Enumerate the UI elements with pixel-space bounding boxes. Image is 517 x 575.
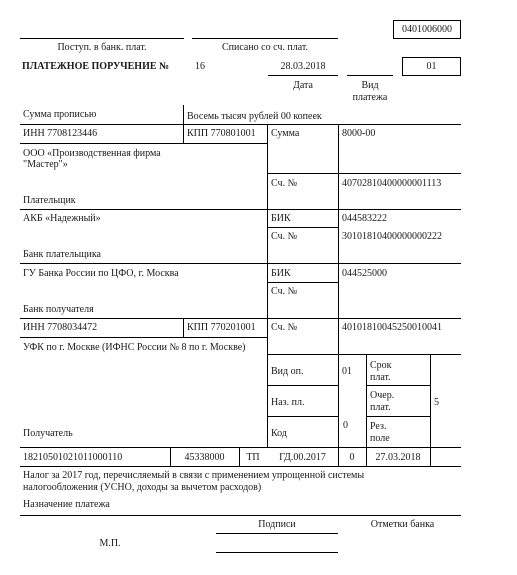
recipient-bank-label: Банк получателя bbox=[23, 304, 94, 316]
recipient-bank-bik-label: БИК bbox=[271, 268, 291, 280]
priority-label-2: плат. bbox=[370, 402, 391, 414]
debited-label: Списано со сч. плат. bbox=[192, 42, 338, 54]
divider bbox=[267, 173, 461, 174]
amount-words-label: Сумма прописью bbox=[23, 109, 96, 121]
document-number: 16 bbox=[195, 61, 205, 73]
divider bbox=[20, 466, 461, 467]
divider bbox=[20, 124, 461, 125]
status-code: 01 bbox=[427, 61, 437, 72]
received-line bbox=[20, 38, 184, 39]
code-value[interactable]: 0 bbox=[343, 420, 348, 432]
payment-type-label-2: платежа bbox=[347, 92, 393, 104]
payer-sum-value[interactable]: 8000-00 bbox=[342, 128, 375, 140]
purpose-label: Назначение платежа bbox=[23, 499, 110, 511]
document-title: ПЛАТЕЖНОЕ ПОРУЧЕНИЕ № bbox=[22, 61, 169, 73]
payer-account-value[interactable]: 40702810400000001113 bbox=[342, 178, 441, 190]
payer-account-label: Сч. № bbox=[271, 178, 297, 190]
payment-type-line bbox=[347, 75, 393, 76]
reserve-label: Рез. bbox=[370, 421, 386, 433]
purpose-text[interactable]: Налог за 2017 год, перечисляемый в связи… bbox=[23, 470, 364, 482]
recipient-name[interactable]: УФК по г. Москве (ИФНС России № 8 по г. … bbox=[23, 342, 246, 354]
payer-bank-name[interactable]: АКБ «Надежный» bbox=[23, 213, 101, 225]
divider bbox=[183, 105, 184, 124]
divider bbox=[267, 227, 338, 228]
payment-type-label: Вид bbox=[347, 80, 393, 92]
op-type-label: Вид оп. bbox=[271, 366, 303, 378]
divider bbox=[366, 354, 367, 466]
divider bbox=[20, 209, 461, 210]
status-code-box[interactable]: 01 bbox=[402, 57, 461, 76]
recipient-bank-bik-value[interactable]: 044525000 bbox=[342, 268, 387, 280]
due-label-2: плат. bbox=[370, 372, 391, 384]
divider bbox=[20, 447, 461, 448]
recipient-account-label: Сч. № bbox=[271, 322, 297, 334]
due-label: Срок bbox=[370, 360, 392, 372]
reserve-label-2: поле bbox=[370, 433, 390, 445]
purpose-text-2: налогообложения (УСНО, доходы за вычетом… bbox=[23, 482, 261, 494]
tax-period[interactable]: ГД.00.2017 bbox=[267, 452, 338, 464]
recipient-bank-account-label: Сч. № bbox=[271, 286, 297, 298]
form-code-box: 0401006000 bbox=[393, 20, 461, 39]
recipient-label: Получатель bbox=[23, 428, 73, 440]
bank-marks-label: Отметки банка bbox=[350, 519, 455, 531]
divider bbox=[20, 263, 461, 264]
payer-kpp[interactable]: КПП 770801001 bbox=[187, 128, 256, 140]
tax-basis[interactable]: ТП bbox=[239, 452, 267, 464]
code-label: Код bbox=[271, 428, 287, 440]
tax-doc-date[interactable]: 27.03.2018 bbox=[366, 452, 430, 464]
priority-label: Очер. bbox=[370, 390, 394, 402]
divider bbox=[267, 354, 461, 355]
divider bbox=[430, 354, 431, 466]
form-code: 0401006000 bbox=[402, 24, 452, 35]
divider bbox=[366, 416, 430, 417]
payer-bank-label: Банк плательщика bbox=[23, 249, 101, 261]
op-type-value[interactable]: 01 bbox=[342, 366, 352, 378]
payer-bank-bik-label: БИК bbox=[271, 213, 291, 225]
payer-name-2: "Мастер"» bbox=[23, 159, 68, 171]
payer-bank-account-label: Сч. № bbox=[271, 231, 297, 243]
divider bbox=[267, 416, 338, 417]
tax-oktmo[interactable]: 45338000 bbox=[170, 452, 239, 464]
tax-doc-number[interactable]: 0 bbox=[338, 452, 366, 464]
divider bbox=[267, 385, 338, 386]
recipient-kpp[interactable]: КПП 770201001 bbox=[187, 322, 256, 334]
divider bbox=[20, 318, 461, 319]
payer-sum-label: Сумма bbox=[271, 128, 299, 140]
divider bbox=[183, 318, 184, 337]
stamp-label: М.П. bbox=[60, 538, 160, 550]
payer-inn[interactable]: ИНН 7708123446 bbox=[23, 128, 97, 140]
payer-bank-account-value[interactable]: 30101810400000000222 bbox=[342, 231, 442, 243]
received-label: Поступ. в банк. плат. bbox=[20, 42, 184, 54]
signatures-label: Подписи bbox=[216, 519, 338, 531]
payer-label: Плательщик bbox=[23, 195, 76, 207]
date-label: Дата bbox=[268, 80, 338, 92]
divider bbox=[267, 282, 338, 283]
recipient-account-value[interactable]: 40101810045250010041 bbox=[342, 322, 442, 334]
recipient-bank-name[interactable]: ГУ Банка России по ЦФО, г. Москва bbox=[23, 268, 179, 280]
divider bbox=[338, 124, 339, 466]
divider bbox=[366, 385, 430, 386]
divider bbox=[20, 515, 461, 516]
divider bbox=[20, 143, 267, 144]
date-line bbox=[268, 75, 338, 76]
document-date[interactable]: 28.03.2018 bbox=[268, 61, 338, 73]
recipient-inn[interactable]: ИНН 7708034472 bbox=[23, 322, 97, 334]
debited-line bbox=[192, 38, 338, 39]
signature-line-1[interactable] bbox=[216, 533, 338, 534]
divider bbox=[20, 337, 267, 338]
amount-words-value[interactable]: Восемь тысяч рублей 00 копеек bbox=[187, 111, 322, 123]
priority-value[interactable]: 5 bbox=[434, 397, 439, 409]
signature-line-2[interactable] bbox=[216, 552, 338, 553]
tax-kbk[interactable]: 18210501021011000110 bbox=[23, 452, 122, 464]
purpose-code-label: Наз. пл. bbox=[271, 397, 304, 409]
divider bbox=[183, 124, 184, 143]
payer-bank-bik-value[interactable]: 044583222 bbox=[342, 213, 387, 225]
